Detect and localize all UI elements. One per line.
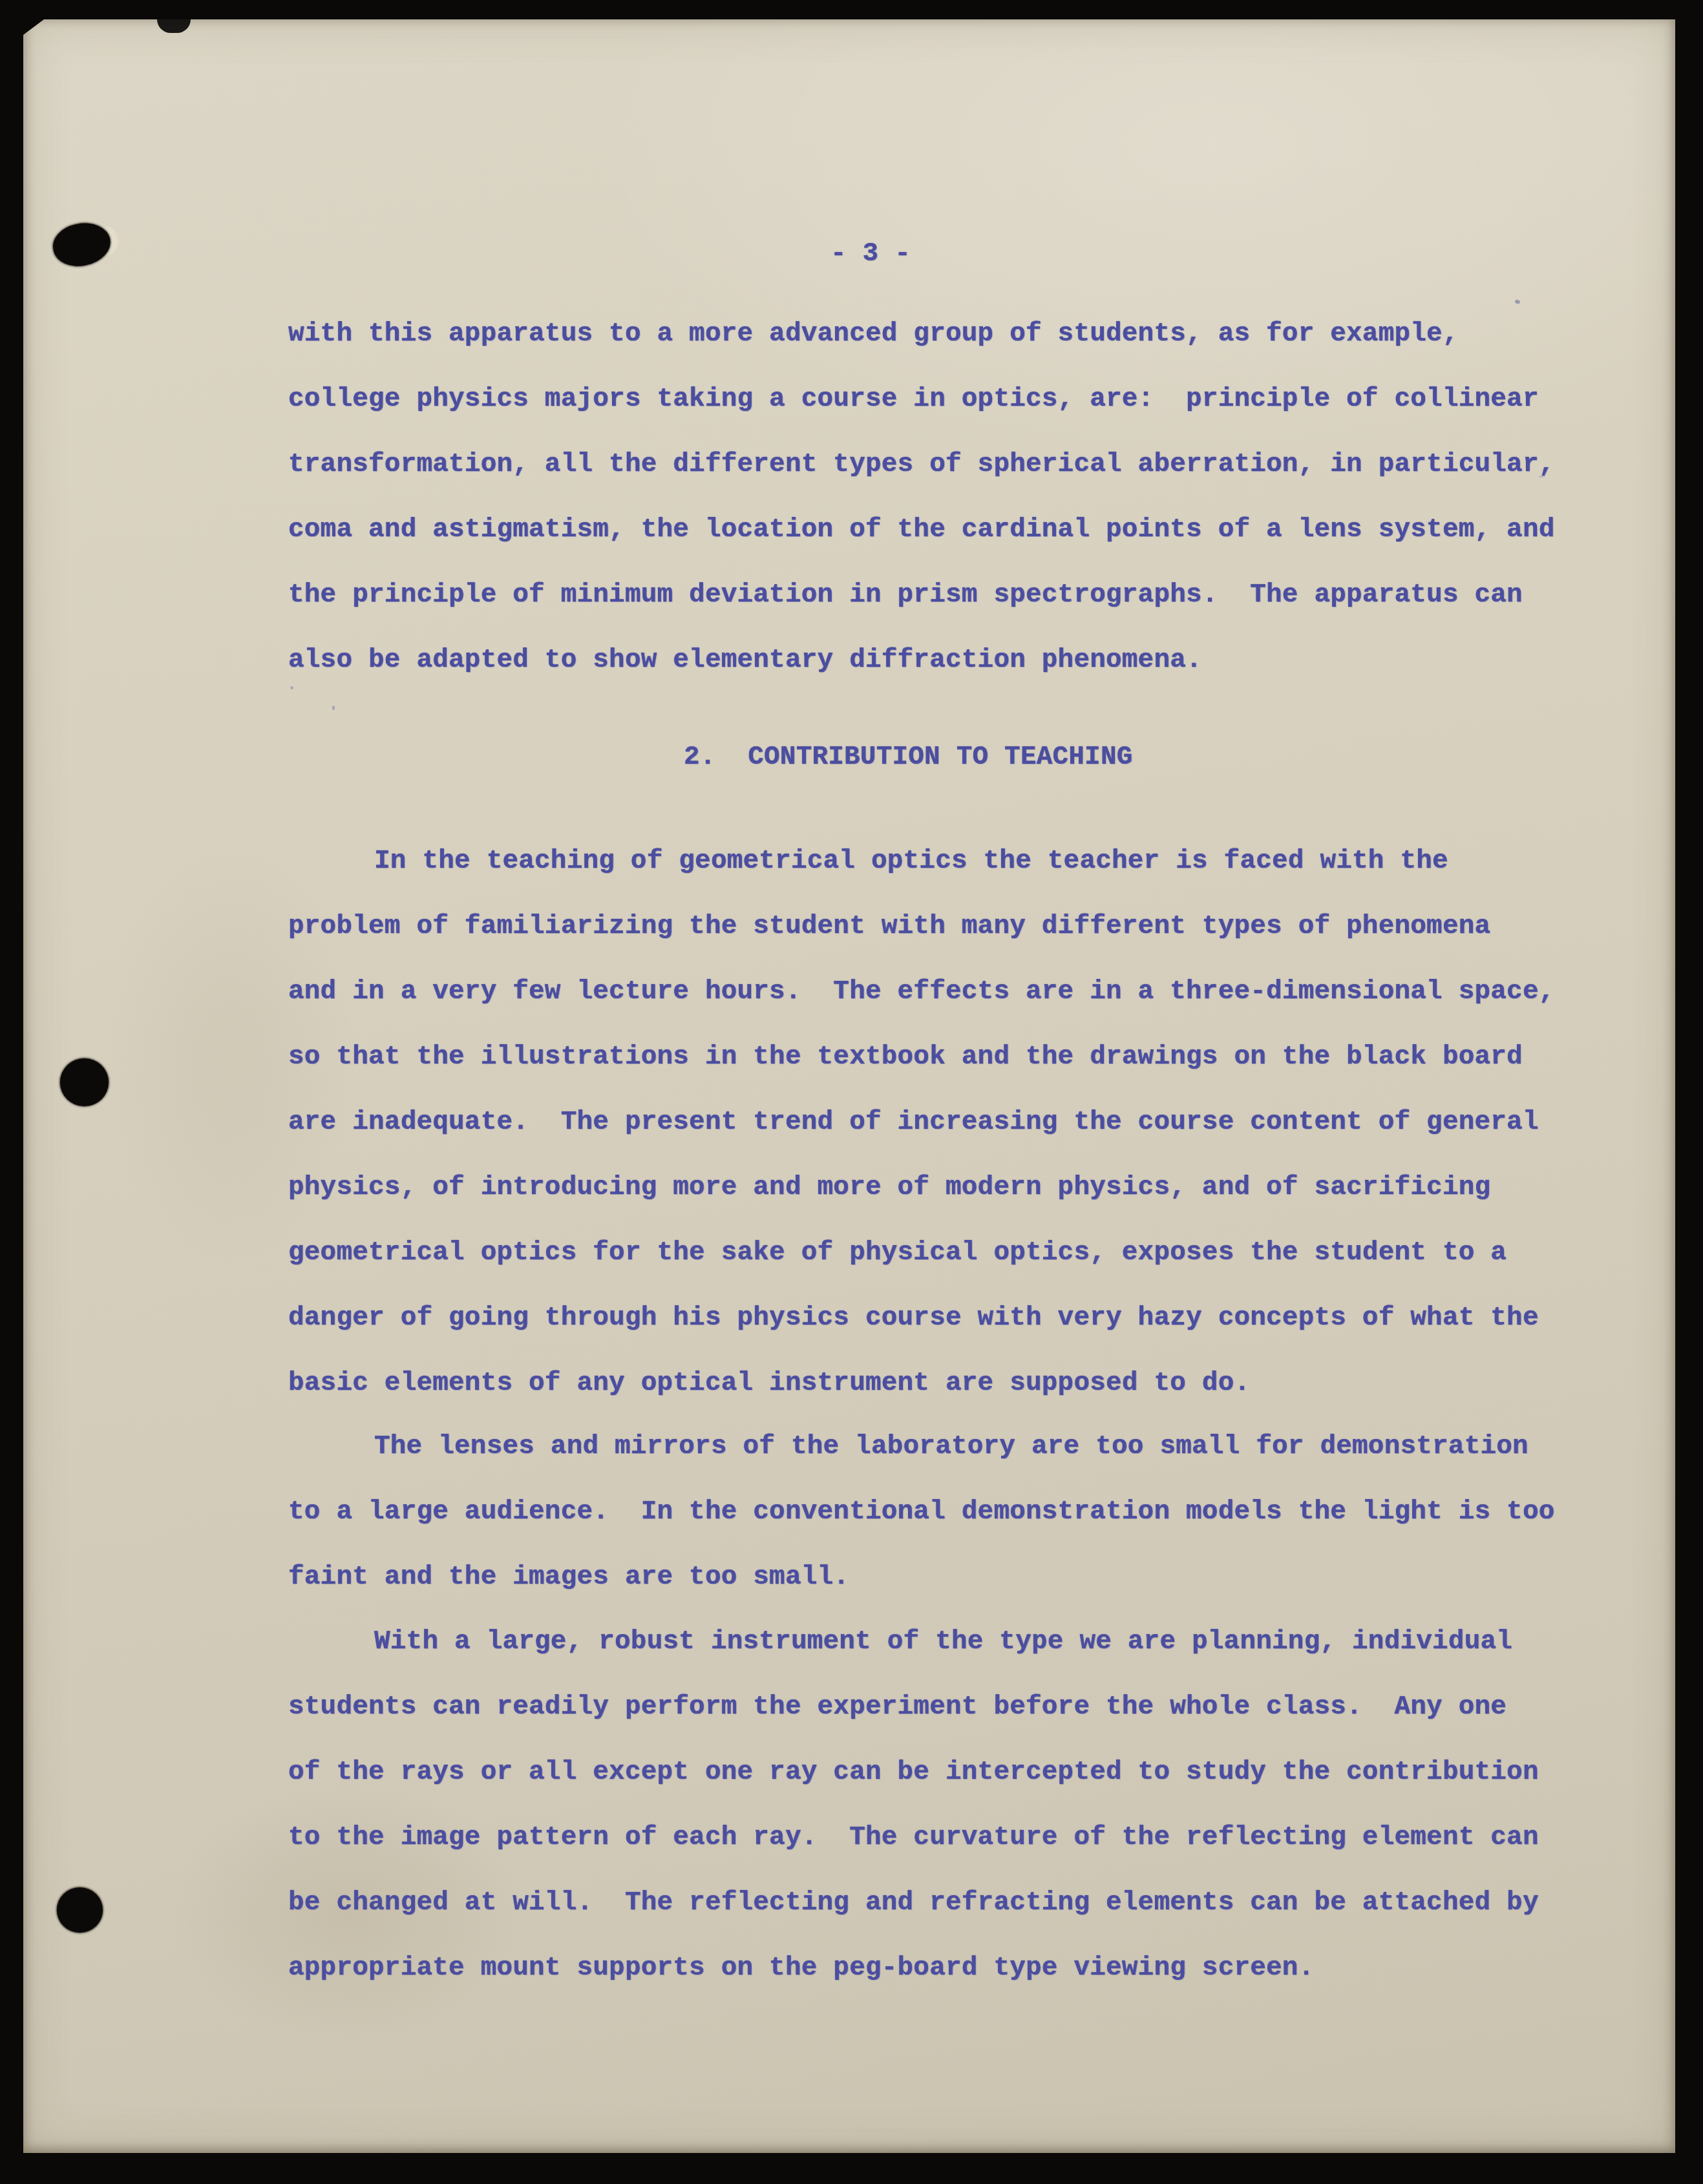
typed-line: with this apparatus to a more advanced g…: [288, 321, 1459, 348]
typed-line: of the rays or all except one ray can be…: [288, 1759, 1539, 1786]
typed-line: to a large audience. In the conventional…: [288, 1499, 1555, 1526]
typed-line: The lenses and mirrors of the laboratory…: [374, 1434, 1528, 1460]
hole-punch-bottom: [57, 1887, 103, 1933]
ink-speck: [1514, 299, 1521, 304]
ink-speck: [290, 686, 293, 689]
typed-line: college physics majors taking a course i…: [288, 386, 1539, 413]
section-heading: 2. CONTRIBUTION TO TEACHING: [684, 744, 1133, 771]
typed-line: to the image pattern of each ray. The cu…: [288, 1825, 1539, 1851]
typed-line: the principle of minimum deviation in pr…: [288, 582, 1523, 609]
typed-line: students can readily perform the experim…: [288, 1694, 1507, 1721]
typed-line: also be adapted to show elementary diffr…: [288, 647, 1202, 674]
typed-line: danger of going through his physics cour…: [288, 1305, 1539, 1332]
typed-line: geometrical optics for the sake of physi…: [288, 1240, 1507, 1266]
typed-line: physics, of introducing more and more of…: [288, 1175, 1490, 1201]
typed-line: coma and astigmatism, the location of th…: [288, 517, 1555, 543]
paper-sheet: - 3 - with this apparatus to a more adva…: [23, 19, 1675, 2153]
typed-line: In the teaching of geometrical optics th…: [374, 848, 1448, 875]
hole-punch-middle: [60, 1058, 109, 1106]
typed-line: so that the illustrations in the textboo…: [288, 1044, 1523, 1071]
typed-line: faint and the images are too small.: [288, 1564, 849, 1591]
typed-line: appropriate mount supports on the peg-bo…: [288, 1955, 1314, 1982]
scanned-document: - 3 - with this apparatus to a more adva…: [0, 0, 1703, 2184]
typed-line: With a large, robust instrument of the t…: [374, 1629, 1512, 1655]
typed-line: basic elements of any optical instrument…: [288, 1370, 1250, 1397]
typed-line: problem of familiarizing the student wit…: [288, 914, 1490, 940]
typed-line: transformation, all the different types …: [288, 452, 1555, 478]
typed-line: and in a very few lecture hours. The eff…: [288, 979, 1555, 1005]
ink-speck: [332, 706, 335, 710]
page-number: - 3 -: [830, 241, 911, 268]
typed-line: be changed at will. The reflecting and r…: [288, 1890, 1539, 1916]
typed-line: are inadequate. The present trend of inc…: [288, 1109, 1539, 1136]
